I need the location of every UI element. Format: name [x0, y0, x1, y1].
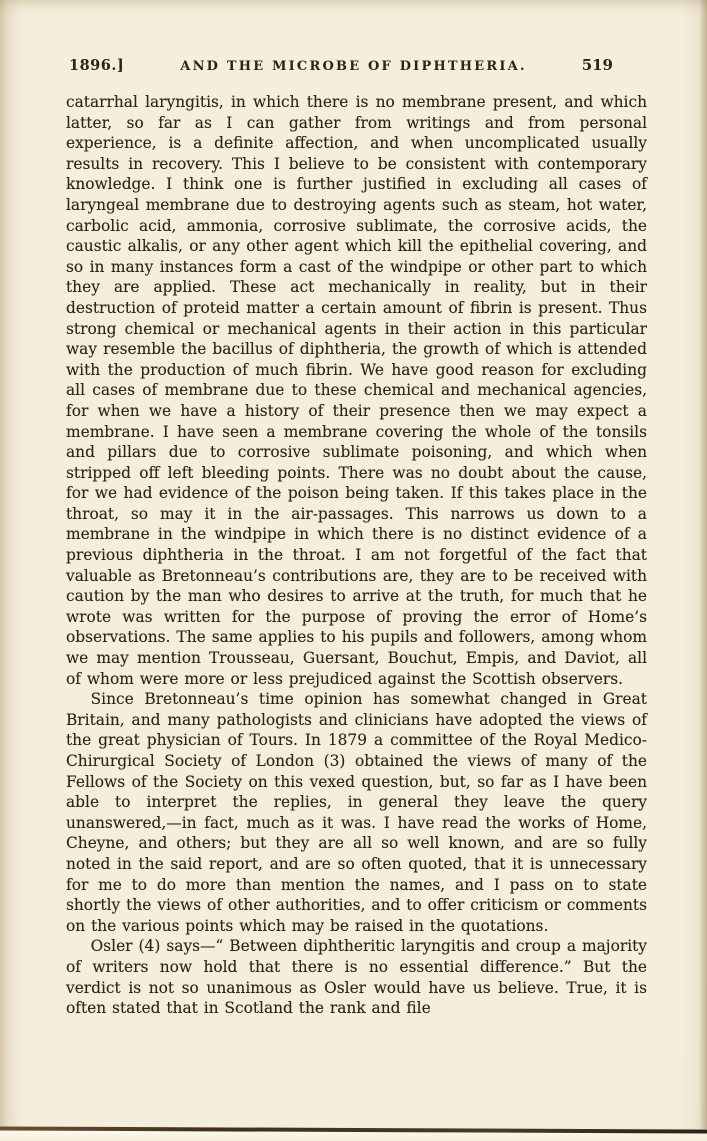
paragraph-1: catarrhal laryngitis, in which there is … — [66, 92, 647, 689]
scanned-page: 1896.] AND THE MICROBE OF DIPHTHERIA. 51… — [0, 0, 707, 1141]
paragraph-2: Since Bretonneau’s time opinion has some… — [66, 689, 647, 936]
header-page-number: 519 — [582, 56, 613, 74]
paragraph-3: Osler (4) says—“ Between diphtheritic la… — [66, 936, 647, 1018]
page-right-edge-shade — [699, 0, 707, 1141]
header-title: AND THE MICROBE OF DIPHTHERIA. — [180, 59, 526, 74]
header-year: 1896.] — [69, 57, 124, 74]
page-body: catarrhal laryngitis, in which there is … — [66, 92, 647, 1019]
